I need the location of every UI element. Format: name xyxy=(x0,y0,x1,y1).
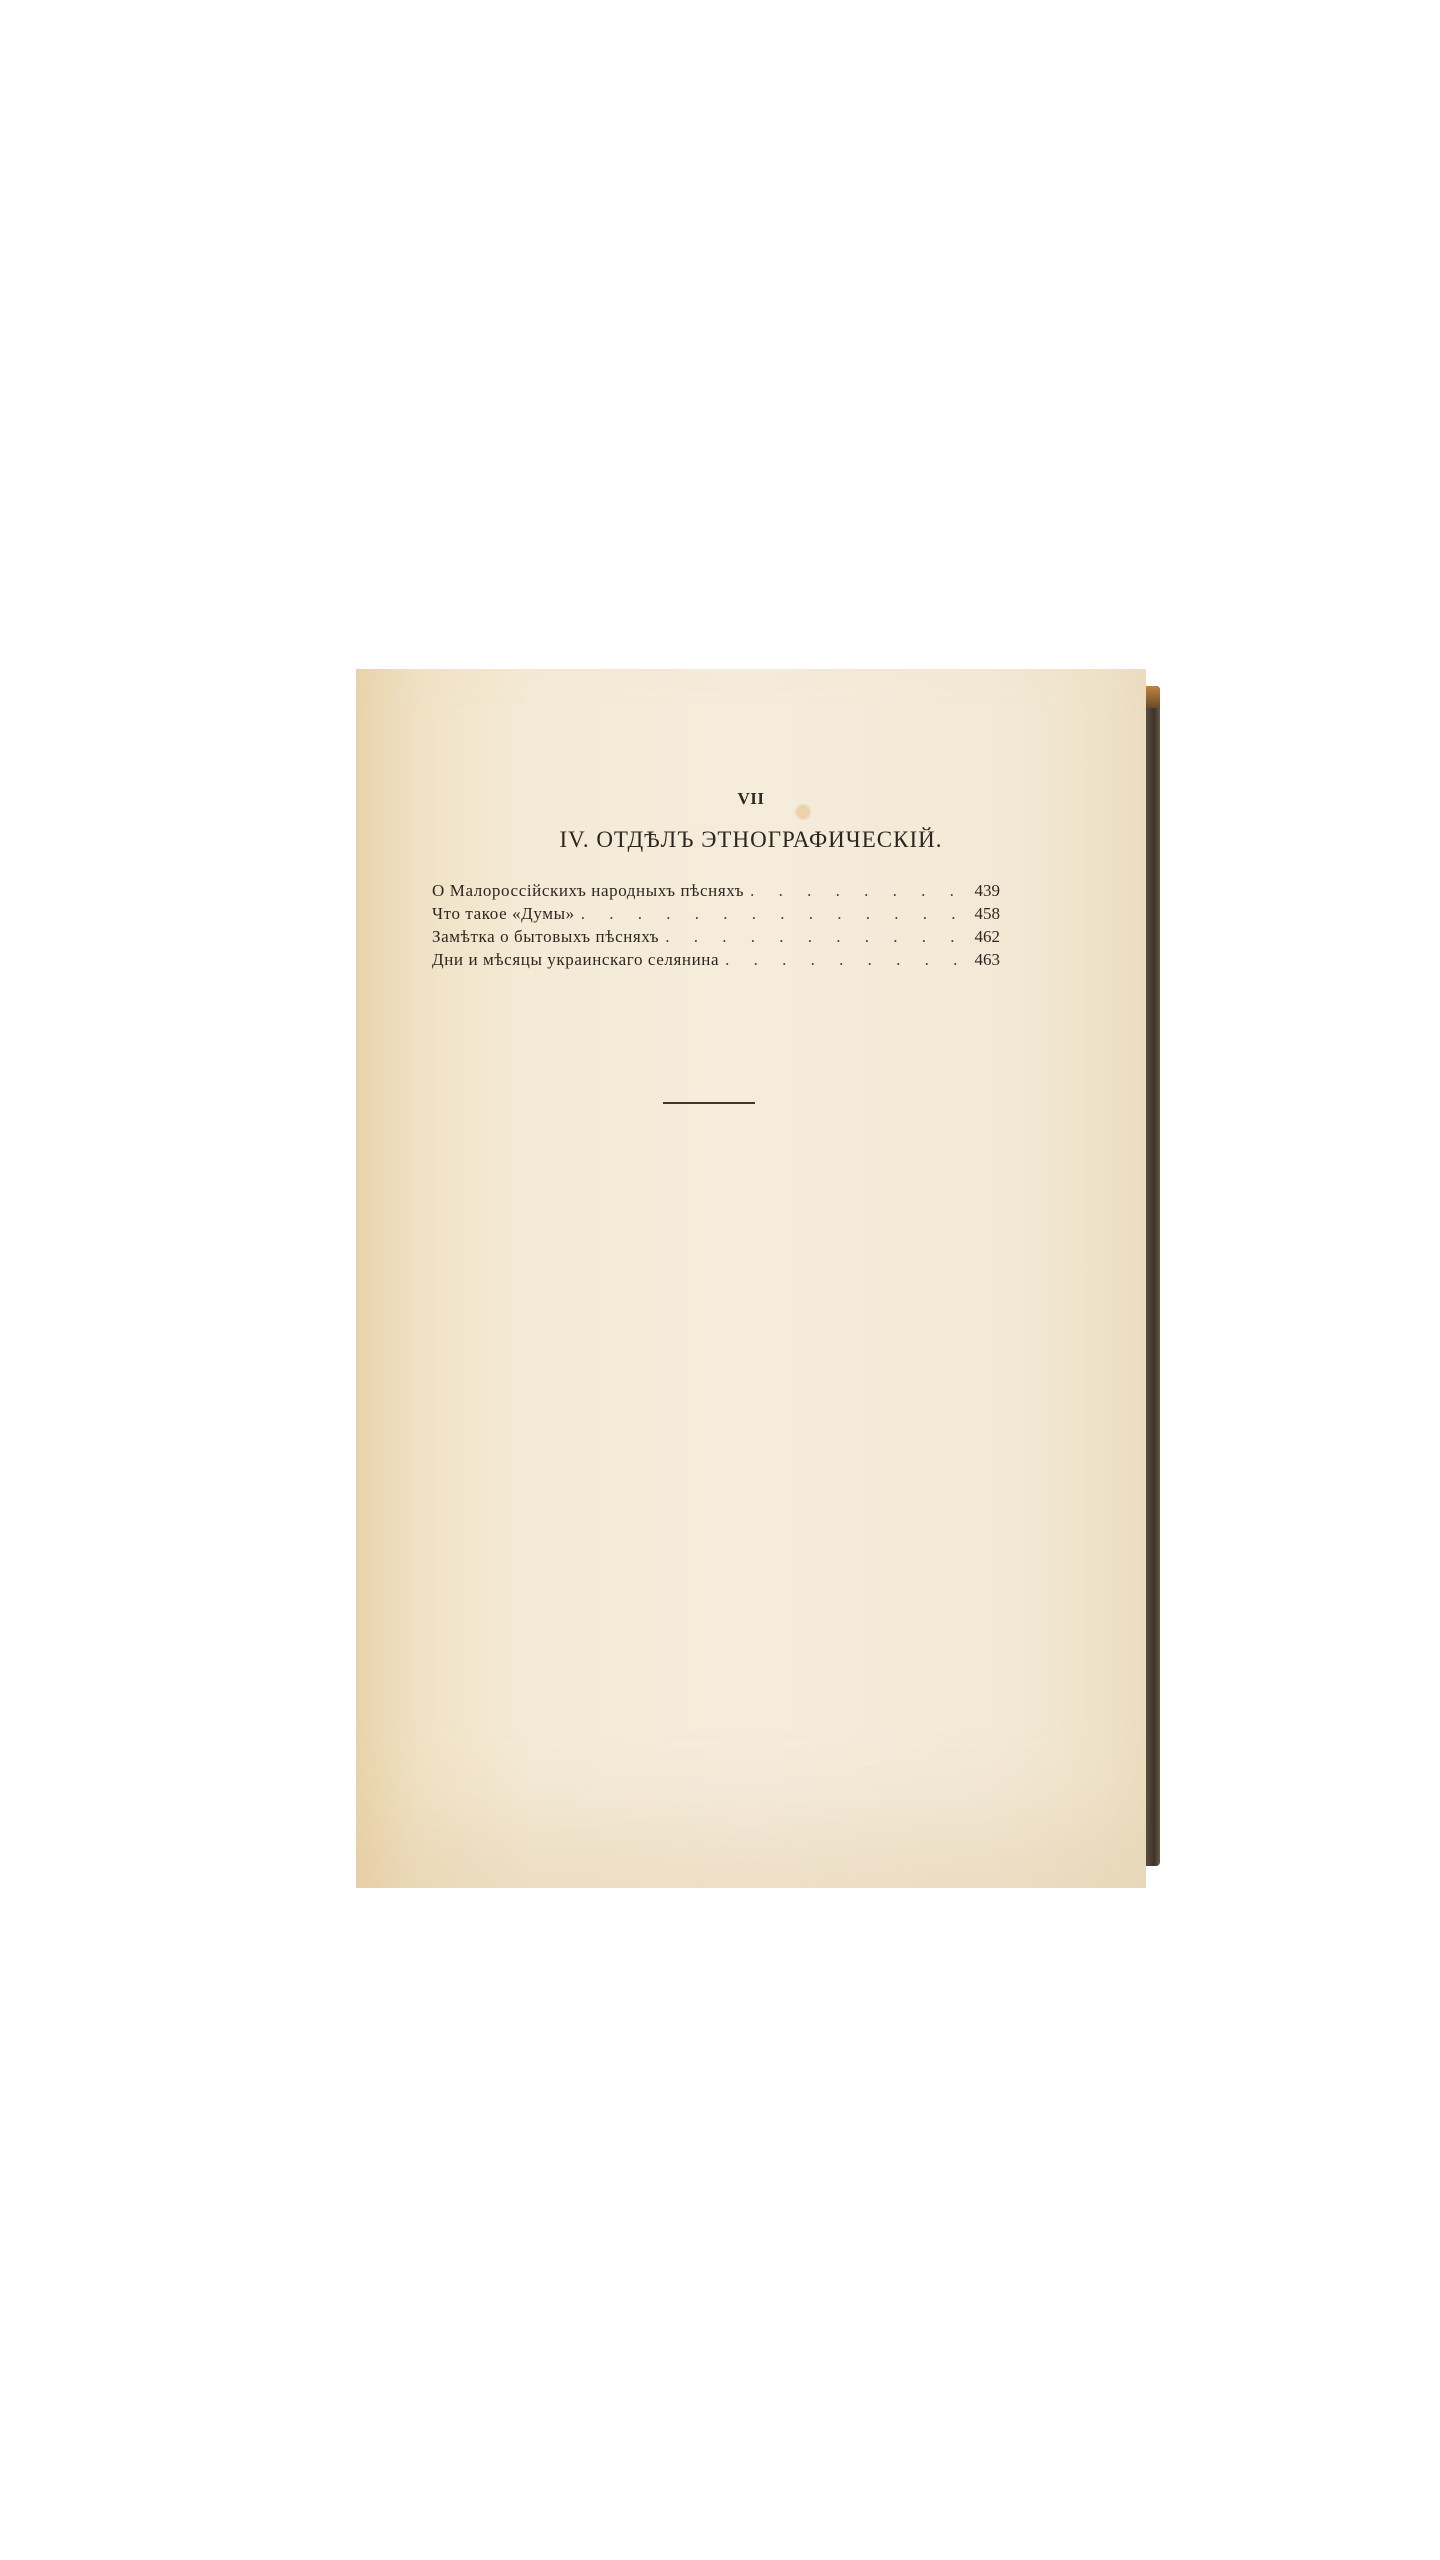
toc-entry-page: 458 xyxy=(971,902,1001,925)
section-title: IV. ОТДѢЛЪ ЭТНОГРАФИЧЕСКІЙ. xyxy=(356,827,1146,853)
book-spine xyxy=(1146,686,1160,1866)
leader-dots xyxy=(665,925,970,948)
book-page: VII IV. ОТДѢЛЪ ЭТНОГРАФИЧЕСКІЙ. О Малоро… xyxy=(356,669,1146,1888)
section-end-rule xyxy=(663,1102,755,1104)
leader-dots xyxy=(750,879,970,902)
toc-entry: Замѣтка о бытовыхъ пѣсняхъ 462 xyxy=(432,925,1000,948)
leader-dots xyxy=(725,948,970,971)
toc-entry-title: Что такое «Думы» xyxy=(432,902,581,925)
toc-entry: Что такое «Думы» 458 xyxy=(432,902,1000,925)
page-number: VII xyxy=(356,789,1146,809)
toc-entry-page: 463 xyxy=(971,948,1001,971)
leader-dots xyxy=(581,902,971,925)
table-of-contents: О Малороссійскихъ народныхъ пѣсняхъ 439 … xyxy=(432,879,1000,971)
toc-entry-title: Замѣтка о бытовыхъ пѣсняхъ xyxy=(432,925,665,948)
toc-entry: О Малороссійскихъ народныхъ пѣсняхъ 439 xyxy=(432,879,1000,902)
toc-entry-page: 462 xyxy=(971,925,1001,948)
toc-entry-page: 439 xyxy=(971,879,1001,902)
toc-entry-title: Дни и мѣсяцы украинскаго селянина xyxy=(432,948,725,971)
toc-entry-title: О Малороссійскихъ народныхъ пѣсняхъ xyxy=(432,879,750,902)
book-spine-top xyxy=(1146,686,1160,708)
toc-entry: Дни и мѣсяцы украинскаго селянина 463 xyxy=(432,948,1000,971)
